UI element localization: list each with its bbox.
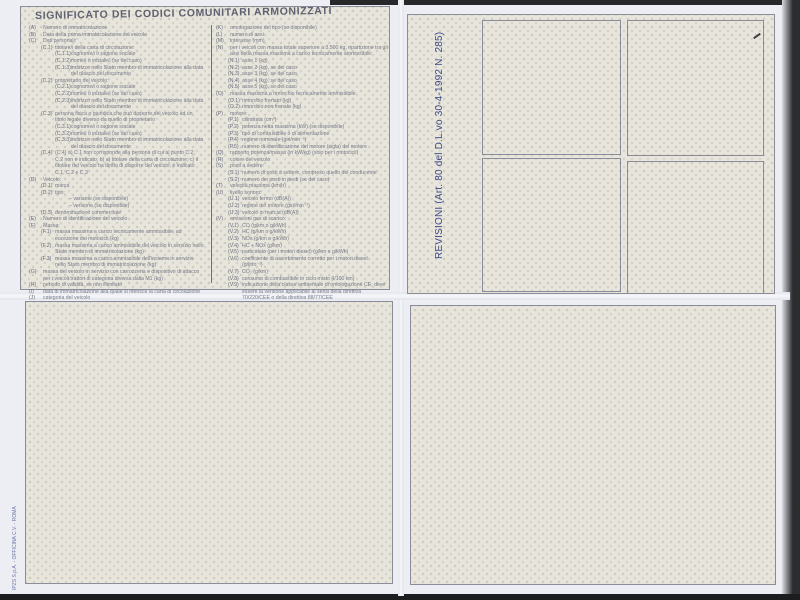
- code-entry: (V.2)HC (g/km o g/kWh): [216, 229, 388, 236]
- code-description: per i veicoli con massa totale superiore…: [230, 45, 388, 58]
- printer-code: IPZS S.p.A. - OFFICINA C.V. - ROMA: [12, 506, 18, 590]
- code-description: interasse (mm): [230, 38, 388, 45]
- code-entry: (O.1)rimorchio frenato (kg): [216, 98, 388, 105]
- code-description: cognome/i o ragione sociale: [71, 51, 204, 58]
- codes-left-column: (A)Numero di immatricolazione(B)Data del…: [29, 25, 204, 315]
- code-label: (T): [216, 183, 230, 190]
- code-entry: (F.1)massa massima a carico tecnicamente…: [29, 229, 204, 242]
- code-description: regime del motore (giri/min⁻¹): [242, 203, 388, 210]
- code-entry: (C.1.1)cognome/i o ragione sociale: [29, 51, 204, 58]
- revision-stamp-box-3: [482, 158, 621, 292]
- code-description: marca: [55, 183, 204, 190]
- code-label: (V.2): [228, 229, 242, 236]
- code-description: massa del veicolo in servizio con carroz…: [43, 269, 204, 282]
- code-description: Veicolo:: [43, 177, 204, 184]
- code-label: (O.2): [228, 104, 242, 111]
- code-entry: (N.4)asse 4 (kg), se del caso: [216, 78, 388, 85]
- code-entry: (D)Veicolo:: [29, 177, 204, 184]
- code-label: (B): [29, 32, 43, 39]
- code-description: particolato (per i motori diesel) (g/km …: [242, 249, 388, 256]
- code-description: asse 3 (kg), se del caso: [242, 71, 388, 78]
- code-entry: (V.7)CO₂ (g/km): [216, 269, 388, 276]
- code-label: (F.3): [41, 256, 55, 269]
- code-entry: (C.1)titolare/i della carta di circolazi…: [29, 45, 204, 52]
- code-label: (F.1): [41, 229, 55, 242]
- code-description: massa massima a carico ammissibile dell'…: [55, 256, 204, 269]
- code-label: [55, 196, 69, 203]
- code-entry: (V.3)NOx (g/km o g/kWh): [216, 236, 388, 243]
- revisions-label: REVISIONI (Art. 80 del D.L.vo 30-4-1992 …: [434, 32, 445, 259]
- code-entry: (U.1)veicolo fermo (dB(A)): [216, 196, 388, 203]
- code-entry: (C.3.2)nome/i o iniziale/i (se del caso): [29, 131, 204, 138]
- code-description: CO₂ (g/km): [242, 269, 388, 276]
- code-entry: (P.4)regime nominale (giri/min⁻¹): [216, 137, 388, 144]
- code-description: veicolo fermo (dB(A)): [242, 196, 388, 203]
- code-label: (C.1.3): [55, 65, 71, 78]
- code-entry: (K)omologazione del tipo (se disponibile…: [216, 25, 388, 32]
- code-label: (N.2): [228, 65, 242, 72]
- code-label: (Q): [216, 150, 230, 157]
- code-label: (F): [29, 223, 43, 230]
- code-description: velocità massima (km/h): [230, 183, 388, 190]
- code-label: (P.2): [228, 124, 242, 131]
- code-description: – variante (se disponibile): [69, 196, 204, 203]
- code-label: (G): [29, 269, 43, 282]
- code-label: (P.5): [228, 144, 242, 151]
- code-entry: (D.3)denominazione commerciale: [29, 210, 204, 217]
- code-description: indirizzo nello Stato membro di immatric…: [71, 98, 204, 111]
- code-entry: (U.3)veicolo in marcia (dB(A)): [216, 210, 388, 217]
- code-label: (N.3): [228, 71, 242, 78]
- code-entry: (C.1.2)nome/i o iniziale/i (se del caso): [29, 58, 204, 65]
- code-label: (C.4): [41, 150, 55, 176]
- code-label: (U): [216, 190, 230, 197]
- code-label: (V): [216, 216, 230, 223]
- code-description: Data della prima immatricolazione del ve…: [43, 32, 204, 39]
- code-description: numero di identificazione del motore (si…: [242, 144, 388, 151]
- code-description: (C.4) a) C.1 non corrisponde alla person…: [55, 150, 204, 176]
- blank-panel-bottom-right: [410, 305, 776, 585]
- code-label: (O.1): [228, 98, 242, 105]
- code-entry: (H)periodo di validità, se non illimitat…: [29, 282, 204, 289]
- code-description: rapporto potenza/massa (in kW/kg) (solo …: [230, 150, 388, 157]
- code-description: HC (g/km o g/kWh): [242, 229, 388, 236]
- code-description: rimorchio frenato (kg): [242, 98, 388, 105]
- code-description: numero dei posti in piedi (se del caso): [242, 177, 388, 184]
- code-label: (D.3): [41, 210, 55, 217]
- code-entry: (F.2)massa massima a carico ammissibile …: [29, 243, 204, 256]
- codes-legend-panel: SIGNIFICATO DEI CODICI COMUNITARI ARMONI…: [20, 6, 390, 290]
- code-entry: (M)interasse (mm): [216, 38, 388, 45]
- code-label: (A): [29, 25, 43, 32]
- code-description: Numero di immatricolazione: [43, 25, 204, 32]
- code-entry: (S)posti a sedere:: [216, 163, 388, 170]
- code-label: (C.2.3): [55, 98, 71, 111]
- code-entry: (D.1)marca: [29, 183, 204, 190]
- code-description: persona fisica o giuridica che può dispo…: [55, 111, 204, 124]
- code-entry: (O)massa massima a rimorchio tecnicament…: [216, 91, 388, 98]
- code-entry: (Q)rapporto potenza/massa (in kW/kg) (so…: [216, 150, 388, 157]
- code-entry: (B)Data della prima immatricolazione del…: [29, 32, 204, 39]
- code-description: nome/i o iniziale/i (se del caso): [71, 131, 204, 138]
- code-label: (C.3.1): [55, 124, 71, 131]
- code-entry: (V.4)HC + NOx (g/km): [216, 243, 388, 250]
- code-entry: (N)per i veicoli con massa totale superi…: [216, 45, 388, 58]
- code-description: tipo:: [55, 190, 204, 197]
- code-label: (N.1): [228, 58, 242, 65]
- code-description: – versione (se disponibile): [69, 203, 204, 210]
- code-description: omologazione del tipo (se disponibile): [230, 25, 388, 32]
- code-label: (H): [29, 282, 43, 289]
- code-entry: (L)numero di assi: [216, 32, 388, 39]
- code-entry: (A)Numero di immatricolazione: [29, 25, 204, 32]
- code-entry: (T)velocità massima (km/h): [216, 183, 388, 190]
- code-entry: (U)livello sonoro:: [216, 190, 388, 197]
- code-label: (E): [29, 216, 43, 223]
- code-entry: (N.3)asse 3 (kg), se del caso: [216, 71, 388, 78]
- code-entry: (R)colore del veicolo: [216, 157, 388, 164]
- code-description: Dati personali:: [43, 38, 204, 45]
- code-description: CO (g/km o g/kWh): [242, 223, 388, 230]
- code-label: (C.1.2): [55, 58, 71, 65]
- code-description: asse 2 (kg), se del caso: [242, 65, 388, 72]
- code-description: tipo di combustibile o di alimentazione: [242, 131, 388, 138]
- code-label: (C.3): [41, 111, 55, 124]
- code-label: (D.2): [41, 190, 55, 197]
- code-description: massa massima a carico tecnicamente ammi…: [55, 229, 204, 242]
- code-label: (N.4): [228, 78, 242, 85]
- code-label: (N.5): [228, 84, 242, 91]
- code-label: (C.3.2): [55, 131, 71, 138]
- code-description: massa massima a carico ammissibile del v…: [55, 243, 204, 256]
- code-entry: (V.8)consumo di combustibile in ciclo mi…: [216, 276, 388, 283]
- code-description: consumo di combustibile in ciclo misto (…: [242, 276, 388, 283]
- code-description: cognome/i o ragione sociale: [71, 84, 204, 91]
- code-description: posti a sedere:: [230, 163, 388, 170]
- code-label: (V.5): [228, 249, 242, 256]
- revision-stamp-box-4: [627, 161, 764, 294]
- code-label: (C): [29, 38, 43, 45]
- code-label: (C.2.2): [55, 91, 71, 98]
- code-entry: (C.3)persona fisica o giuridica che può …: [29, 111, 204, 124]
- code-description: massa massima a rimorchio tecnicamente a…: [230, 91, 388, 98]
- code-label: (P.1): [228, 117, 242, 124]
- code-description: NOx (g/km o g/kWh): [242, 236, 388, 243]
- code-label: (D.1): [41, 183, 55, 190]
- code-entry: – versione (se disponibile): [29, 203, 204, 210]
- code-label: (R): [216, 157, 230, 164]
- code-entry: (C.3.1)cognome/i o ragione sociale: [29, 124, 204, 131]
- code-label: (I): [29, 289, 43, 296]
- code-entry: (O.2)rimorchio non frenato (kg): [216, 104, 388, 111]
- code-description: HC + NOx (g/km): [242, 243, 388, 250]
- code-description: rimorchio non frenato (kg): [242, 104, 388, 111]
- code-description: proprietario del veicolo:: [55, 78, 204, 85]
- code-description: Massa:: [43, 223, 204, 230]
- code-label: (V.3): [228, 236, 242, 243]
- code-description: denominazione commerciale: [55, 210, 204, 217]
- code-label: (V.9): [228, 282, 242, 302]
- code-label: (C.3.3): [55, 137, 71, 150]
- code-entry: (G)massa del veicolo in servizio con car…: [29, 269, 204, 282]
- code-label: (C.2.1): [55, 84, 71, 91]
- code-label: (C.1): [41, 45, 55, 52]
- code-label: (S.1): [228, 170, 242, 177]
- code-entry: (V)emissioni gas di scarico:: [216, 216, 388, 223]
- code-description: cognome/i o ragione sociale: [71, 124, 204, 131]
- code-description: periodo di validità, se non illimitato: [43, 282, 204, 289]
- revisions-panel: REVISIONI (Art. 80 del D.L.vo 30-4-1992 …: [407, 14, 775, 294]
- code-entry: (P.1)cilindrata (cm³): [216, 117, 388, 124]
- code-entry: (C)Dati personali:: [29, 38, 204, 45]
- code-description: nome/i o iniziale/i (se del caso): [71, 91, 204, 98]
- background-edge-right: [782, 0, 800, 600]
- code-label: (L): [216, 32, 230, 39]
- code-description: nome/i o iniziale/i (se del caso): [71, 58, 204, 65]
- code-description: motore:: [230, 111, 388, 118]
- code-label: (P.3): [228, 131, 242, 138]
- code-label: (C.2): [41, 78, 55, 85]
- code-label: (U.2): [228, 203, 242, 210]
- code-label: (P.4): [228, 137, 242, 144]
- code-label: (S.2): [228, 177, 242, 184]
- code-description: titolare/i della carta di circolazione:: [55, 45, 204, 52]
- code-description: indicazione della classe ambientale di o…: [242, 282, 388, 302]
- code-entry: (P.2)potenza netta massima (kW) (se disp…: [216, 124, 388, 131]
- code-entry: (V.1)CO (g/km o g/kWh): [216, 223, 388, 230]
- code-description: indirizzo nello Stato membro di immatric…: [71, 65, 204, 78]
- code-entry: (V.9)indicazione della classe ambientale…: [216, 282, 388, 302]
- code-entry: – variante (se disponibile): [29, 196, 204, 203]
- code-label: (M): [216, 38, 230, 45]
- code-entry: (N.5)asse 5 (kg), se del caso: [216, 84, 388, 91]
- code-entry: (V.6)coefficiente di assorbimento corret…: [216, 256, 388, 269]
- code-description: regime nominale (giri/min⁻¹): [242, 137, 388, 144]
- code-description: indirizzo nello Stato membro di immatric…: [71, 137, 204, 150]
- code-entry: (V.5)particolato (per i motori diesel) (…: [216, 249, 388, 256]
- code-entry: (S.1)numero di posti a sedere, compreso …: [216, 170, 388, 177]
- code-description: asse 4 (kg), se del caso: [242, 78, 388, 85]
- code-description: numero di assi: [230, 32, 388, 39]
- code-entry: (C.2)proprietario del veicolo:: [29, 78, 204, 85]
- code-entry: (N.1)asse 1 (kg): [216, 58, 388, 65]
- code-description: asse 5 (kg), se del caso: [242, 84, 388, 91]
- code-label: (V.4): [228, 243, 242, 250]
- code-entry: (C.2.3)indirizzo nello Stato membro di i…: [29, 98, 204, 111]
- code-description: numero di posti a sedere, compreso quell…: [242, 170, 388, 177]
- code-entry: (U.2)regime del motore (giri/min⁻¹): [216, 203, 388, 210]
- codes-legend-title: SIGNIFICATO DEI CODICI COMUNITARI ARMONI…: [35, 5, 332, 22]
- code-label: (V.6): [228, 256, 242, 269]
- code-description: emissioni gas di scarico:: [230, 216, 388, 223]
- code-description: asse 1 (kg): [242, 58, 388, 65]
- code-label: (C.1.1): [55, 51, 71, 58]
- code-label: (K): [216, 25, 230, 32]
- code-entry: (P.3)tipo di combustibile o di alimentaz…: [216, 131, 388, 138]
- codes-right-column: (K)omologazione del tipo (se disponibile…: [211, 25, 388, 283]
- code-entry: (I)data di immatricolazione alla quale s…: [29, 289, 204, 296]
- code-label: (F.2): [41, 243, 55, 256]
- code-label: (V.7): [228, 269, 242, 276]
- code-entry: (P)motore:: [216, 111, 388, 118]
- code-label: (V.1): [228, 223, 242, 230]
- code-entry: (N.2)asse 2 (kg), se del caso: [216, 65, 388, 72]
- code-description: data di immatricolazione alla quale si r…: [43, 289, 204, 296]
- revision-stamp-box-2: [627, 20, 764, 156]
- code-label: (N): [216, 45, 230, 58]
- code-entry: (F.3)massa massima a carico ammissibile …: [29, 256, 204, 269]
- code-label: (D): [29, 177, 43, 184]
- revision-stamp-box-1: [482, 20, 621, 155]
- code-entry: (C.3.3)indirizzo nello Stato membro di i…: [29, 137, 204, 150]
- code-label: (V.8): [228, 276, 242, 283]
- code-entry: (S.2)numero dei posti in piedi (se del c…: [216, 177, 388, 184]
- code-description: colore del veicolo: [230, 157, 388, 164]
- code-label: (S): [216, 163, 230, 170]
- code-description: potenza netta massima (kW) (se disponibi…: [242, 124, 388, 131]
- code-label: (P): [216, 111, 230, 118]
- code-entry: (F)Massa:: [29, 223, 204, 230]
- code-entry: (C.1.3)indirizzo nello Stato membro di i…: [29, 65, 204, 78]
- code-description: Numero di identificazione del veicolo: [43, 216, 204, 223]
- blank-panel-bottom-left: [25, 301, 393, 584]
- code-entry: (C.2.2)nome/i o iniziale/i (se del caso): [29, 91, 204, 98]
- code-entry: (D.2)tipo:: [29, 190, 204, 197]
- code-entry: (C.4)(C.4) a) C.1 non corrisponde alla p…: [29, 150, 204, 176]
- code-entry: (E)Numero di identificazione del veicolo: [29, 216, 204, 223]
- code-entry: (P.5)numero di identificazione del motor…: [216, 144, 388, 151]
- code-description: coefficiente di assorbimento corretto pe…: [242, 256, 388, 269]
- code-description: veicolo in marcia (dB(A)): [242, 210, 388, 217]
- code-label: (U.1): [228, 196, 242, 203]
- code-description: cilindrata (cm³): [242, 117, 388, 124]
- code-label: [55, 203, 69, 210]
- code-entry: (C.2.1)cognome/i o ragione sociale: [29, 84, 204, 91]
- code-label: (O): [216, 91, 230, 98]
- code-description: livello sonoro:: [230, 190, 388, 197]
- code-label: (U.3): [228, 210, 242, 217]
